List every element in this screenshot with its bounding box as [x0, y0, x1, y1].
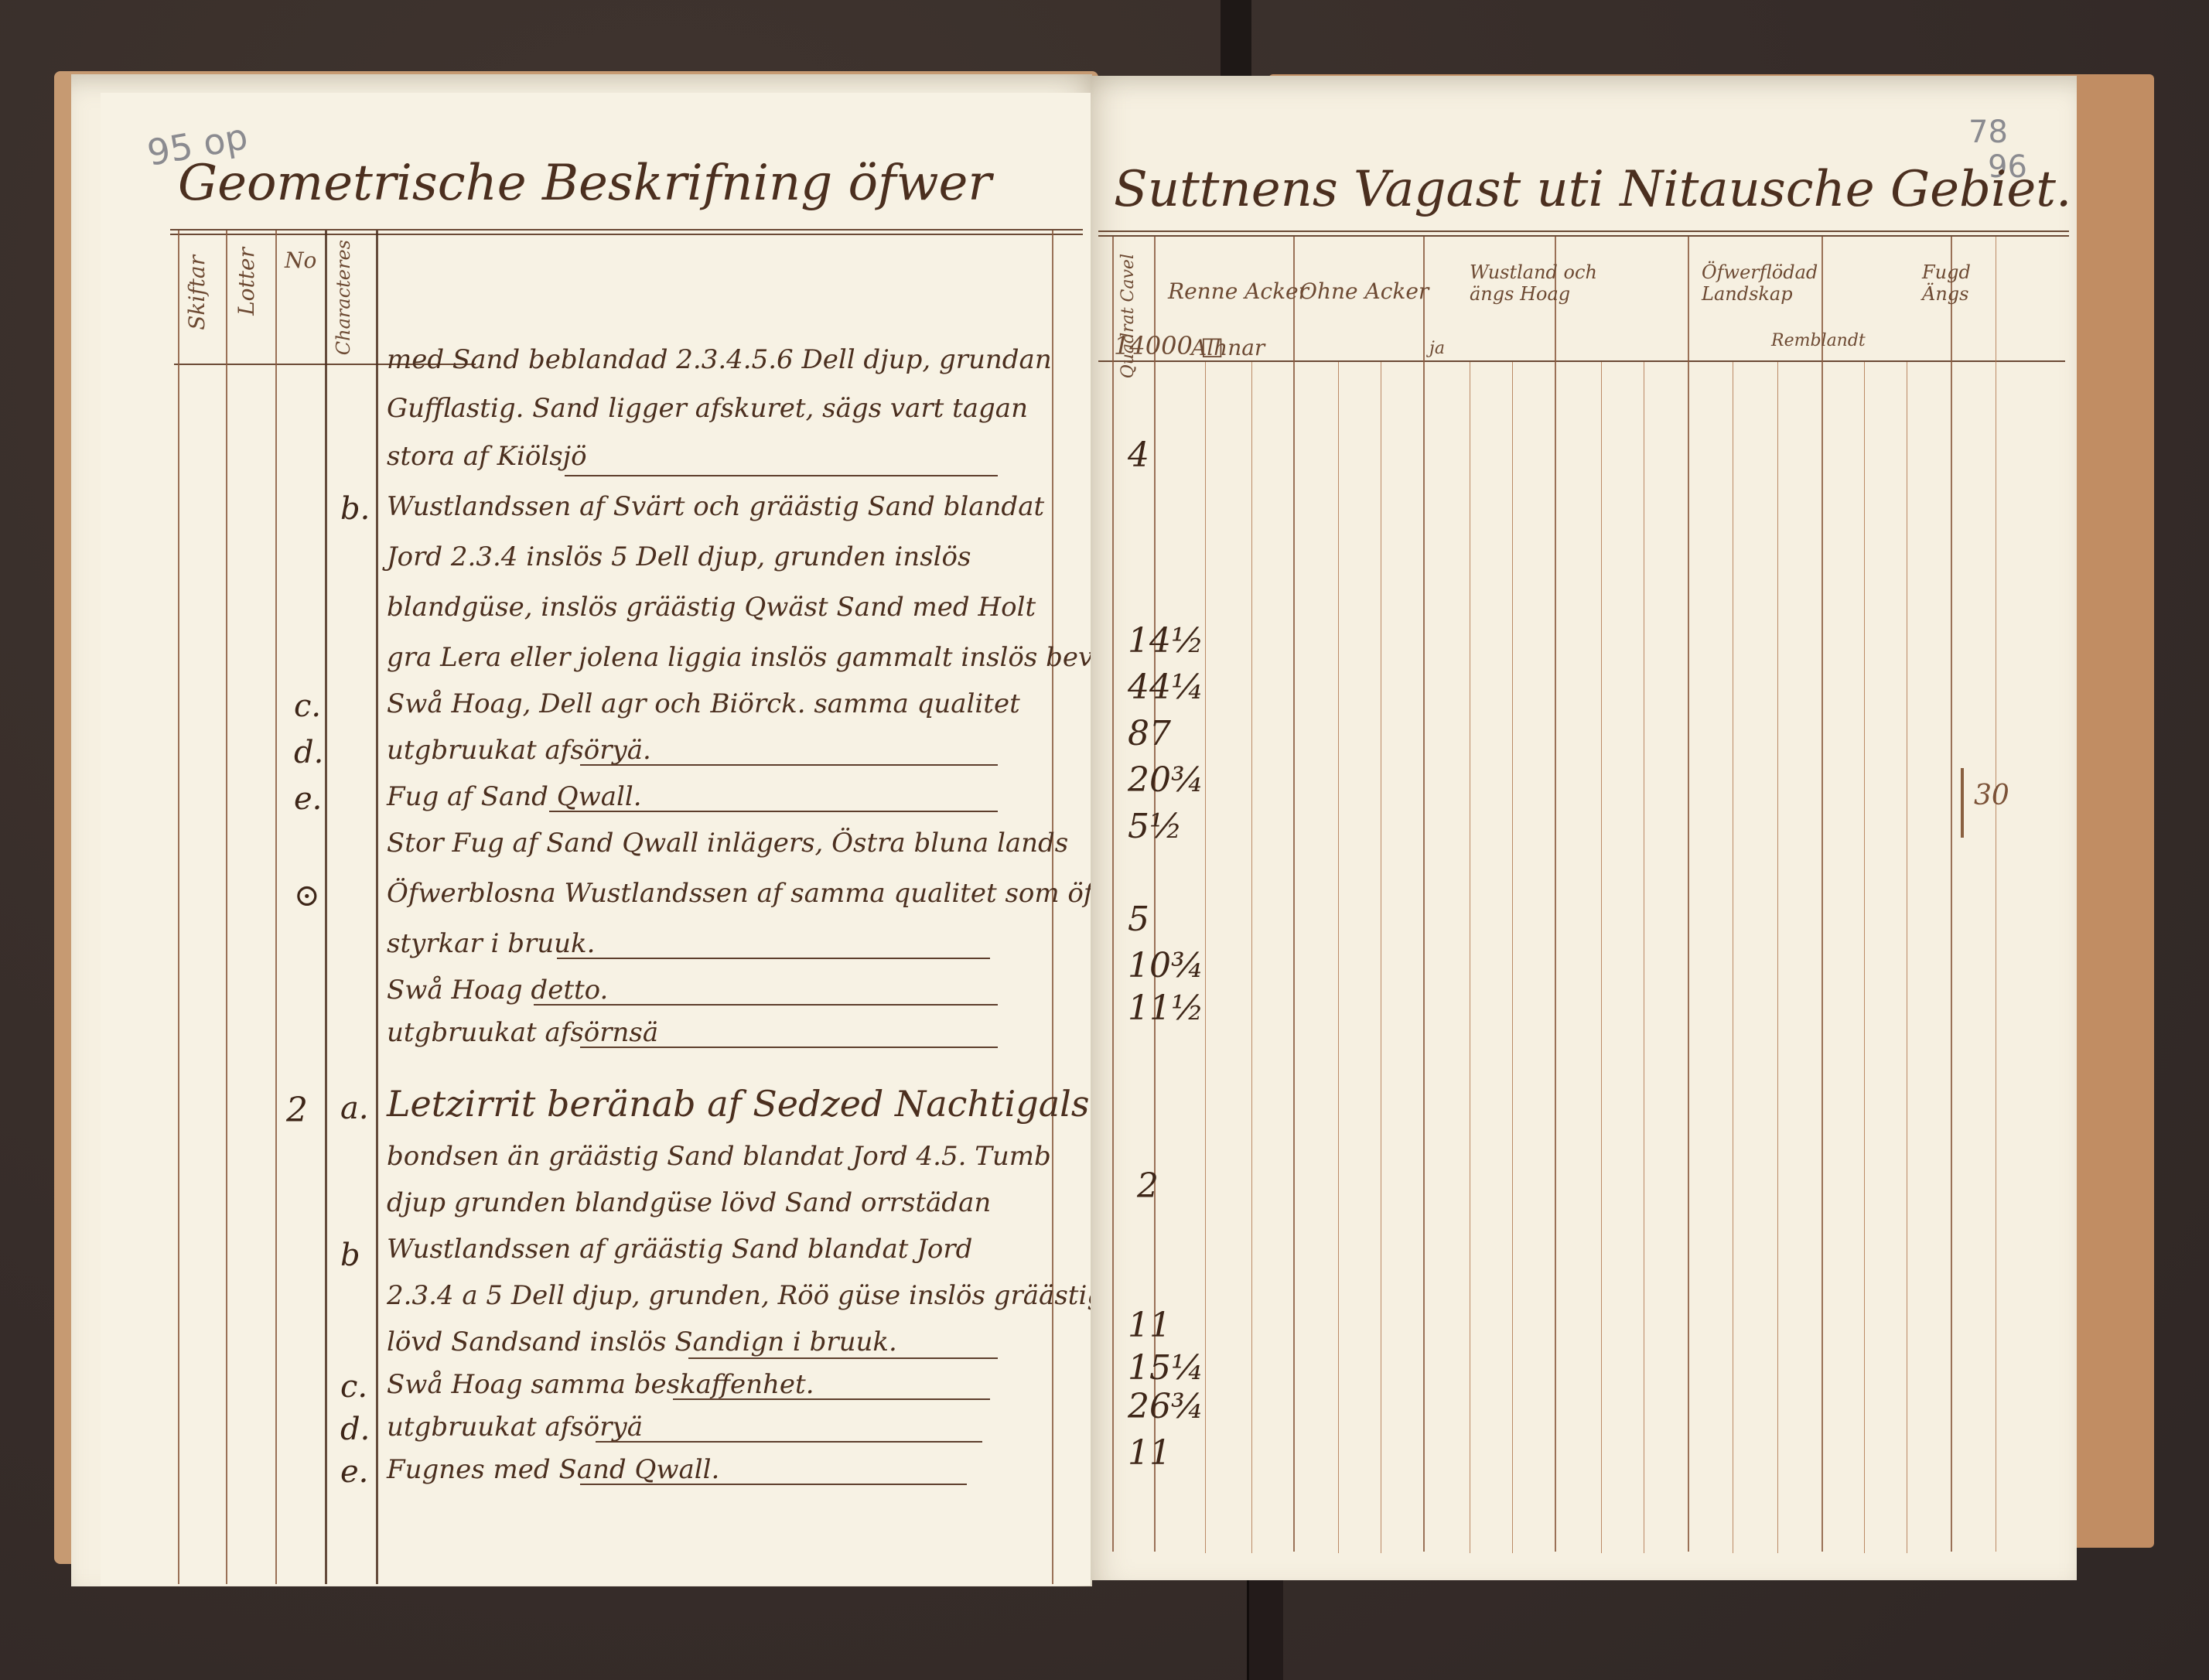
- col-header-fugd: Fugd Ängs: [1922, 261, 1999, 305]
- entry-letter: ⊙: [294, 878, 320, 913]
- entry-line: Wustlandssen af Svärt och gräästig Sand …: [387, 491, 1044, 522]
- col-line: [226, 230, 227, 1584]
- col-line: [1338, 362, 1339, 1553]
- entry-no: 2: [286, 1091, 308, 1130]
- right-page: 78 96 Suttnens Vagast uti Nitausche Gebi…: [1091, 76, 2077, 1580]
- left-page: 95 op Geometrische Beskrifning öfwer Ski…: [101, 93, 1091, 1586]
- entry-line: 2.3.4 a 5 Dell djup, grunden, Röö güse i…: [387, 1280, 1104, 1311]
- pencil-folio-right-top: 78: [1968, 114, 2008, 150]
- col-line: [1251, 362, 1252, 1553]
- value-cell: 11: [1128, 1433, 1171, 1473]
- col-line: [325, 230, 327, 1584]
- entry-rule: [688, 1357, 998, 1359]
- title-rule-2: [170, 234, 1083, 235]
- col-header-ohne-acker: Ohne Acker: [1299, 278, 1429, 304]
- entry-line: Wustlandssen af gräästig Sand blandat Jo…: [387, 1234, 972, 1265]
- value-cell: 2: [1137, 1166, 1159, 1206]
- title-rule: [170, 229, 1083, 230]
- entry-line: gra Lera eller jolena liggia inslös gamm…: [387, 642, 1140, 673]
- entry-rule: [534, 1004, 998, 1006]
- value-cell: 15¼: [1128, 1348, 1204, 1388]
- entry-rule: [565, 475, 998, 476]
- value-cell: 5½: [1128, 807, 1183, 846]
- col-line: [1644, 362, 1644, 1553]
- entry-line: Swå Hoag samma beskaffenhet.: [387, 1369, 814, 1400]
- entry-line: utgbruukat afsöryä: [387, 1412, 643, 1443]
- entry-line: Fugnes med Sand Qwall.: [387, 1454, 719, 1485]
- entry-line: Swå Hoag, Dell agr och Biörck. samma qua…: [387, 688, 1020, 719]
- value-cell: 87: [1128, 714, 1171, 753]
- entry-line: blandgüse, inslös gräästig Qwäst Sand me…: [387, 592, 1036, 623]
- col-line: [1381, 362, 1381, 1553]
- header-rule: [1098, 360, 2065, 362]
- col-line: [1601, 362, 1602, 1553]
- col-line: [1555, 237, 1556, 1552]
- entry-line: Gufflastig. Sand ligger afskuret, sägs v…: [387, 393, 1028, 424]
- entry-letter: e.: [294, 781, 322, 817]
- entry-line: med Sand beblandad 2.3.4.5.6 Dell djup, …: [387, 344, 1052, 375]
- col-line: [1996, 237, 1996, 1552]
- entry-line: Jord 2.3.4 inslös 5 Dell djup, grunden i…: [387, 541, 971, 572]
- entry-line: stora af Kiölsjö: [387, 441, 587, 472]
- value-cell: 11: [1128, 1306, 1171, 1345]
- value-cell: 4: [1128, 435, 1149, 475]
- value-cell: 11½: [1128, 989, 1204, 1028]
- entry-letter: b.: [340, 491, 370, 527]
- entry-rule: [557, 958, 990, 959]
- value-cell: 10¾: [1128, 946, 1204, 985]
- bracket-total: 30: [1974, 780, 2009, 811]
- col-line: [1864, 362, 1865, 1553]
- entry-rule: [580, 764, 998, 766]
- entry-line: lövd Sandsand inslös Sandign i bruuk.: [387, 1327, 897, 1357]
- col-header-characteres: Characteres: [333, 240, 354, 355]
- col-line: [178, 230, 179, 1584]
- entry-line: djup grunden blandgüse lövd Sand orrstäd…: [387, 1187, 991, 1218]
- entry-letter: c.: [294, 688, 321, 724]
- entry-rule: [580, 1484, 967, 1485]
- value-cell: 44¼: [1128, 668, 1204, 707]
- col-line: [1951, 237, 1952, 1552]
- entry-letter: c.: [340, 1369, 367, 1405]
- col-line: [1423, 237, 1425, 1552]
- col-line: [1112, 237, 1114, 1552]
- col-line: [376, 230, 378, 1584]
- entry-line: Öfwerblosna Wustlandssen af samma qualit…: [387, 878, 1157, 909]
- entry-letter: e.: [340, 1454, 368, 1490]
- col-sub-ofwerflodad: Remblandt: [1771, 331, 1866, 350]
- col-line: [1733, 362, 1733, 1553]
- book-spine-top: [1221, 0, 1251, 77]
- value-cell: 26¾: [1128, 1387, 1204, 1426]
- title-rule: [1098, 230, 2069, 232]
- col-line: [1821, 237, 1823, 1552]
- col-header-wustland: Wustland och ängs Hoag: [1470, 261, 1640, 305]
- col-line: [1688, 237, 1689, 1552]
- entry-rule: [596, 1441, 982, 1443]
- col-line: [1293, 237, 1295, 1552]
- col-header-no: No: [285, 248, 316, 273]
- entry-rule: [549, 811, 998, 812]
- value-cell: 20¾: [1128, 760, 1204, 800]
- bracket-icon: [1961, 768, 1964, 838]
- entry-rule: [580, 1047, 998, 1048]
- right-page-title: Suttnens Vagast uti Nitausche Gebiet.: [1114, 161, 2071, 218]
- entry-line: Stor Fug af Sand Qwall inlägers, Östra b…: [387, 828, 1068, 859]
- entry-line: bondsen än gräästig Sand blandat Jord 4.…: [387, 1141, 1051, 1172]
- entry-rule: [673, 1398, 990, 1400]
- entry-letter: d.: [294, 735, 323, 770]
- entry-line: styrkar i bruuk.: [387, 928, 595, 959]
- col-header-skiftar: Skiftar: [184, 255, 210, 330]
- entry-letter: b: [340, 1238, 360, 1273]
- entry-line: utgbruukat afsörnsä: [387, 1017, 658, 1048]
- col-line: [1205, 362, 1206, 1553]
- left-page-title: Geometrische Beskrifning öfwer: [178, 155, 992, 212]
- col-sub-ohne-acker: ja: [1429, 339, 1445, 358]
- col-line: [1777, 362, 1778, 1553]
- col-sub-renne-acker: Alhnar: [1191, 335, 1265, 360]
- col-header-renne-acker: Renne Acker: [1168, 278, 1309, 304]
- entry-letter: a.: [340, 1091, 369, 1126]
- value-cell: 5: [1128, 900, 1149, 939]
- title-rule-2: [1098, 235, 2069, 237]
- entry-line: Swå Hoag detto.: [387, 975, 608, 1006]
- entry-line: Fug af Sand Qwall.: [387, 781, 642, 812]
- value-cell: 14½: [1128, 621, 1204, 661]
- col-header-ofwerflodad: Öfwerflödad Landskap: [1702, 261, 1833, 305]
- col-line: [1512, 362, 1513, 1553]
- col-line: [275, 230, 277, 1584]
- col-header-lotter: Lotter: [234, 248, 259, 316]
- entry-line: utgbruukat afsöryä.: [387, 735, 651, 766]
- entry-line: Letzirrit beränab af Sedzed Nachtigals: [387, 1083, 1089, 1125]
- col-line: [1470, 362, 1470, 1553]
- entry-letter: d.: [340, 1412, 370, 1447]
- col-line: [1907, 362, 1907, 1553]
